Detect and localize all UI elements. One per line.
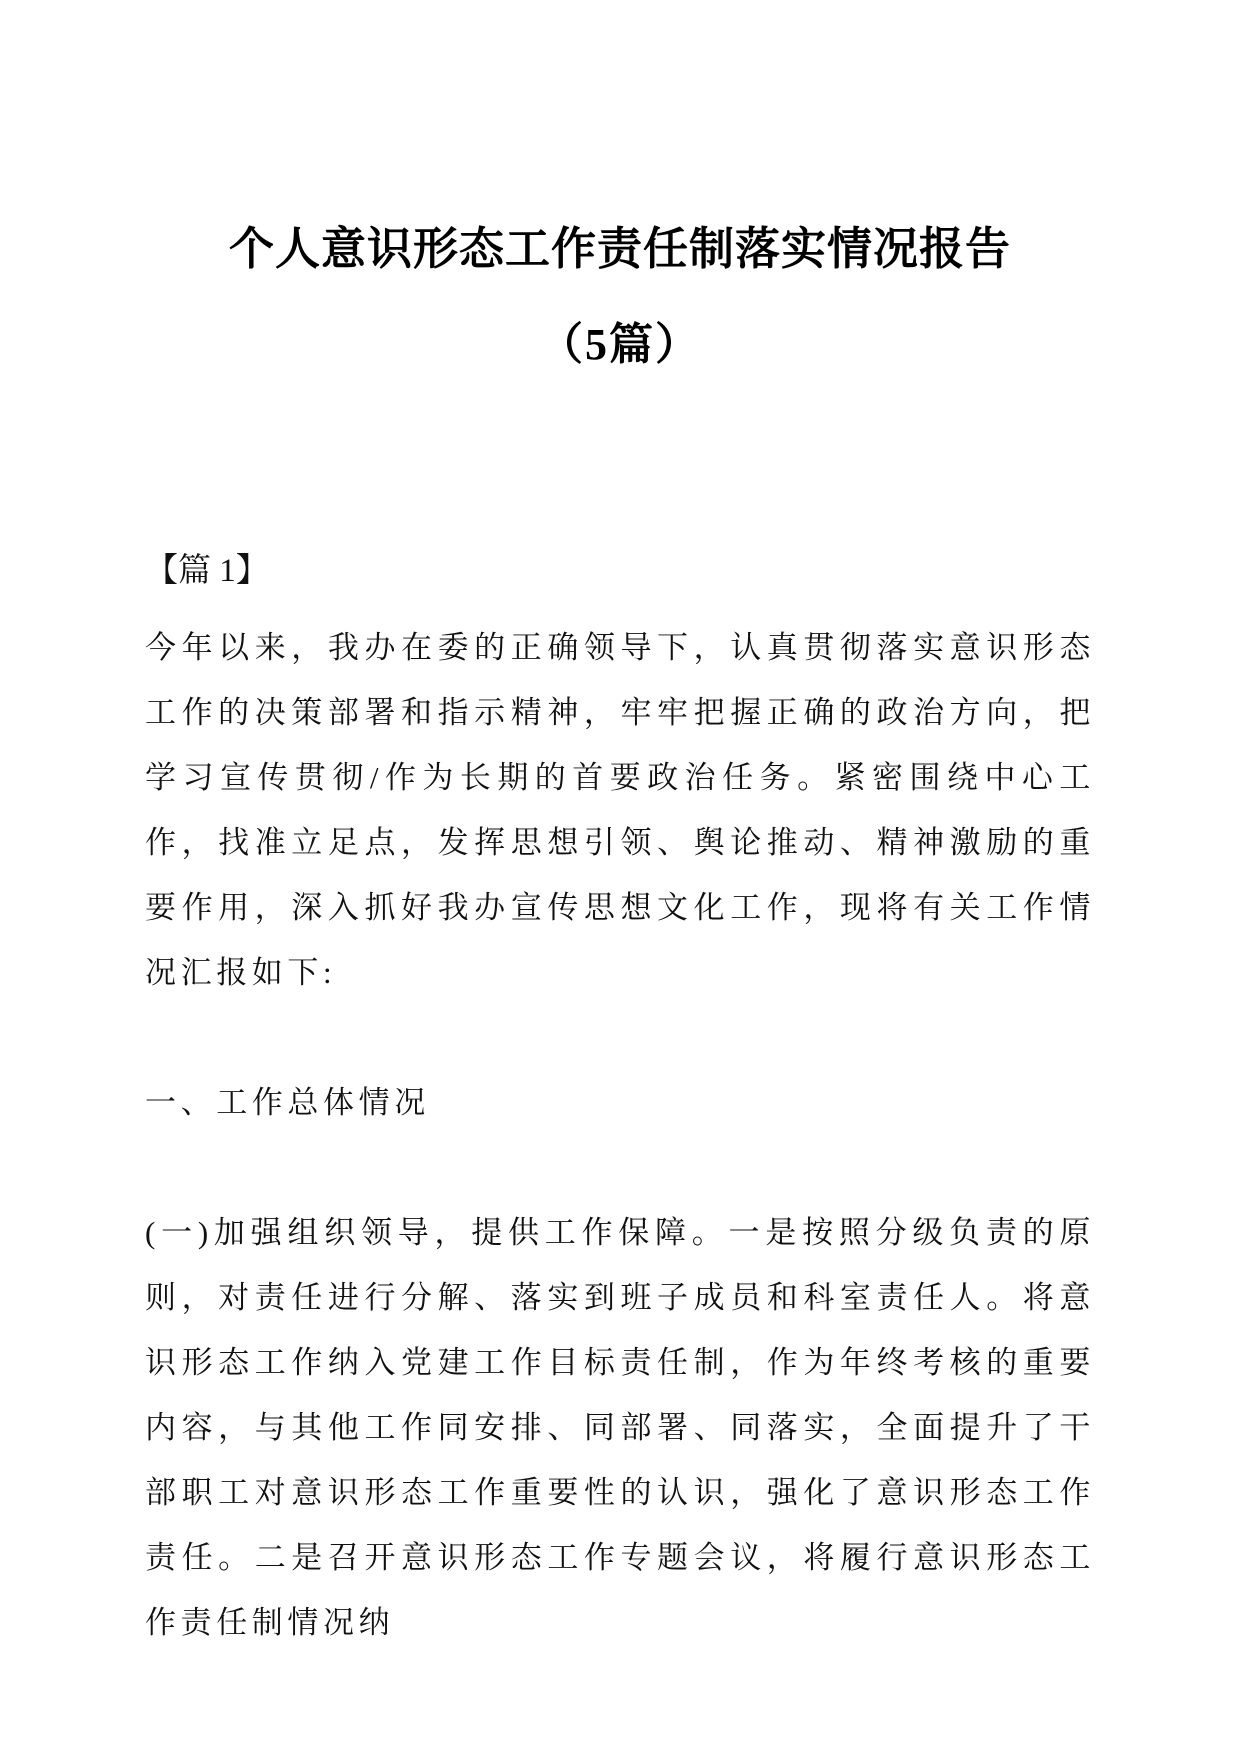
paragraph-1: 今年以来，我办在委的正确领导下，认真贯彻落实意识形态工作的决策部署和指示精神，牢… xyxy=(145,615,1095,1005)
paragraph-2: (一)加强组织领导，提供工作保障。一是按照分级负责的原则，对责任进行分解、落实到… xyxy=(145,1200,1095,1655)
document-title: 个人意识形态工作责任制落实情况报告 xyxy=(145,214,1095,284)
section-heading-1: 一、工作总体情况 xyxy=(145,1070,1095,1135)
document-subtitle: （5篇） xyxy=(145,310,1095,380)
section-label: 【篇 1】 xyxy=(145,539,1095,604)
document-page: 个人意识形态工作责任制落实情况报告 （5篇） 【篇 1】 今年以来，我办在委的正… xyxy=(0,0,1240,1754)
